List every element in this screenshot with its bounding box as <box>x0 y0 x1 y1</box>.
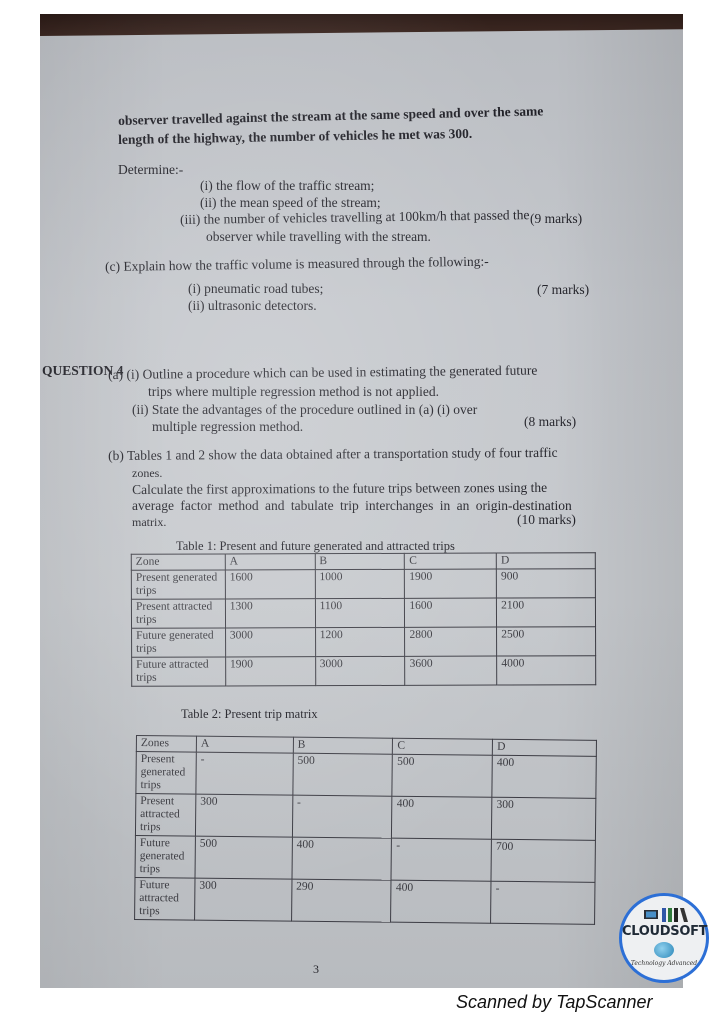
value-cell: 400 <box>391 880 491 923</box>
value-cell: 2100 <box>497 598 596 627</box>
scanned-page: observer travelled against the stream at… <box>40 14 683 988</box>
part-c-item-2: (ii) ultrasonic detectors. <box>188 297 317 314</box>
q4-a-ii-line-1: (ii) State the advantages of the procedu… <box>132 401 477 418</box>
determine-item-3-cont: observer while travelling with the strea… <box>206 228 431 245</box>
q4-b-line-1: (b) Tables 1 and 2 show the data obtaine… <box>108 444 558 464</box>
value-cell: 1900 <box>225 657 315 686</box>
value-cell: 1300 <box>225 599 315 628</box>
value-cell: 500 <box>195 836 292 879</box>
value-cell: 300 <box>492 797 596 840</box>
cloudsoft-watermark: CLOUDSOFT Technology Advanced <box>619 893 709 983</box>
q4-b-line-4: average factor method and tabulate trip … <box>132 497 572 514</box>
table1-header-cell: B <box>315 553 405 569</box>
value-cell: - <box>292 795 392 838</box>
intro-line-2: length of the highway, the number of veh… <box>118 125 472 148</box>
value-cell: 2800 <box>405 627 497 656</box>
value-cell: 1900 <box>405 569 497 598</box>
table-2: ZonesABCDPresent generated trips-5005004… <box>134 735 597 925</box>
table-1-caption: Table 1: Present and future generated an… <box>176 539 455 554</box>
value-cell: 400 <box>492 755 596 798</box>
q4-b-line-3: Calculate the first approximations to th… <box>132 479 547 498</box>
table1-header-cell: Zone <box>131 554 225 570</box>
table-row: Future attracted trips300290400- <box>135 877 595 924</box>
scanner-footer: Scanned by TapScanner <box>456 992 652 1013</box>
value-cell: 1200 <box>315 627 405 656</box>
value-cell: 4000 <box>497 656 596 685</box>
value-cell: 700 <box>491 839 595 882</box>
value-cell: - <box>491 881 595 924</box>
table1-header-cell: A <box>225 554 315 570</box>
value-cell: 300 <box>195 878 292 921</box>
table2-header-cell: D <box>493 739 597 756</box>
row-label-cell: Future generated trips <box>135 835 195 878</box>
table2-header-cell: B <box>293 737 393 754</box>
value-cell: 2500 <box>497 627 596 656</box>
watermark-tagline: Technology Advanced <box>622 960 706 967</box>
value-cell: 3000 <box>315 656 405 685</box>
table-row: Present attracted trips300-400300 <box>135 794 595 841</box>
row-label-cell: Present generated trips <box>136 752 196 795</box>
value-cell: 1100 <box>315 598 405 627</box>
marks-8: (8 marks) <box>524 414 576 430</box>
table-1-body: ZoneABCDPresent generated trips160010001… <box>131 553 595 687</box>
table-row: Future generated trips500400-700 <box>135 835 595 882</box>
q4-a-ii-line-2: multiple regression method. <box>152 418 303 435</box>
page-number: 3 <box>313 962 319 977</box>
value-cell: - <box>391 838 491 881</box>
value-cell: - <box>196 752 293 795</box>
table-row: Future generated trips3000120028002500 <box>132 627 596 658</box>
value-cell: 500 <box>293 753 393 796</box>
watermark-brand: CLOUDSOFT <box>622 924 706 939</box>
value-cell: 1600 <box>405 598 497 627</box>
value-cell: 400 <box>292 837 392 880</box>
determine-item-3: (iii) the number of vehicles travelling … <box>180 206 530 228</box>
marks-9: (9 marks) <box>530 211 582 227</box>
value-cell: 1600 <box>225 570 315 599</box>
marks-10: (10 marks) <box>517 512 576 528</box>
row-label-cell: Present attracted trips <box>135 794 195 837</box>
table-row: Present generated trips160010001900900 <box>131 569 595 600</box>
globe-icon <box>654 942 674 958</box>
row-label-cell: Present attracted trips <box>131 599 225 628</box>
value-cell: 900 <box>497 569 596 598</box>
q4-b-line-2: zones. <box>132 465 162 482</box>
table-1: ZoneABCDPresent generated trips160010001… <box>131 552 596 687</box>
value-cell: 290 <box>291 879 391 922</box>
table1-header-row: ZoneABCD <box>131 553 595 571</box>
table-row: Present generated trips-500500400 <box>136 752 596 799</box>
value-cell: 500 <box>392 754 492 797</box>
q4-a-i-line-2: trips where multiple regression method i… <box>148 383 439 400</box>
page-shadow-band <box>40 14 683 36</box>
row-label-cell: Future attracted trips <box>135 877 195 920</box>
table-row: Future attracted trips1900300036004000 <box>132 656 596 687</box>
table2-header-cell: A <box>196 736 293 753</box>
table-2-body: ZonesABCDPresent generated trips-5005004… <box>135 736 597 925</box>
determine-label: Determine:- <box>118 161 183 178</box>
value-cell: 400 <box>392 796 492 839</box>
table2-header-cell: Zones <box>136 736 196 753</box>
computer-books-icon <box>644 908 688 922</box>
value-cell: 300 <box>195 794 292 837</box>
table1-header-cell: C <box>405 553 497 569</box>
value-cell: 1000 <box>315 569 405 598</box>
value-cell: 3600 <box>405 656 497 685</box>
table2-header-cell: C <box>393 738 493 755</box>
table1-header-cell: D <box>496 553 595 569</box>
row-label-cell: Future generated trips <box>132 628 226 657</box>
q4-b-line-5: matrix. <box>132 514 166 531</box>
value-cell: 3000 <box>225 628 315 657</box>
part-c-heading: (c) Explain how the traffic volume is me… <box>105 253 489 275</box>
intro-line-1: observer travelled against the stream at… <box>118 102 543 129</box>
determine-item-1: (i) the flow of the traffic stream; <box>200 177 374 194</box>
row-label-cell: Future attracted trips <box>132 657 226 686</box>
table-2-caption: Table 2: Present trip matrix <box>181 707 318 722</box>
part-c-item-1: (i) pneumatic road tubes; <box>188 280 323 297</box>
row-label-cell: Present generated trips <box>131 570 225 599</box>
marks-7: (7 marks) <box>537 282 589 298</box>
q4-a-i-line-1: (a) (i) Outline a procedure which can be… <box>108 362 537 383</box>
table-row: Present attracted trips1300110016002100 <box>131 598 595 629</box>
